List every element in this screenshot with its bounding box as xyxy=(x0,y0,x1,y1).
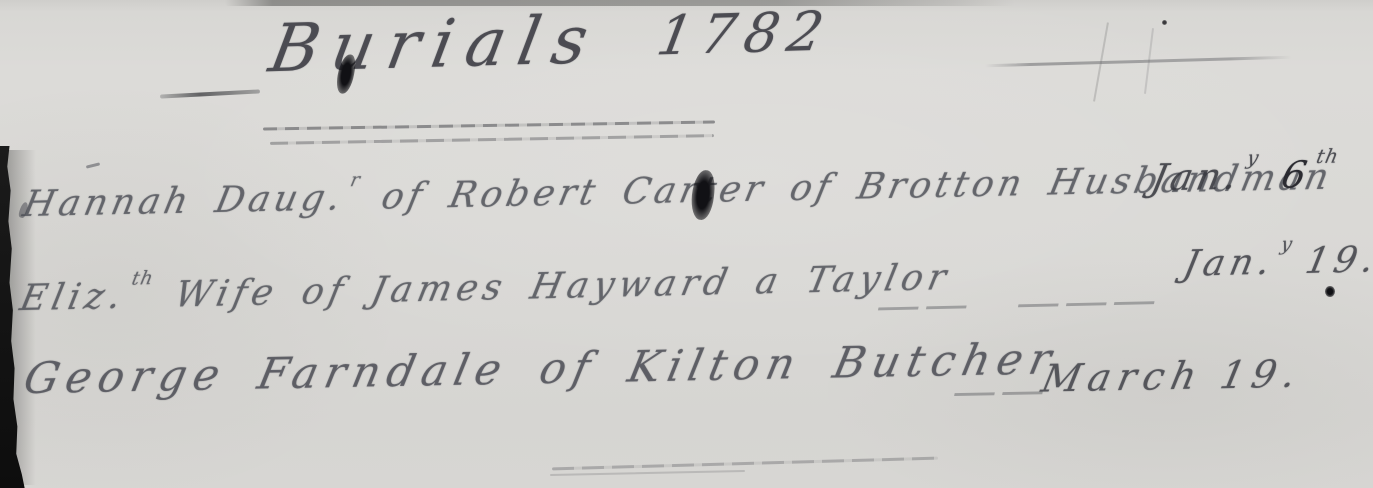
entry-2-month: Jan. xyxy=(1180,242,1279,285)
entry-1-date: Jan.y6th xyxy=(1148,153,1341,200)
page-title-year: 1782 xyxy=(652,0,837,68)
tick-pen-mark xyxy=(86,162,100,168)
header-trailing-rule-stroke xyxy=(985,56,1292,68)
burial-entry-3: George Farndale of Kilton Butcher —— Mar… xyxy=(19,334,1062,404)
bottom-scribble-stroke-1 xyxy=(552,457,938,471)
entry-3-detail-text: George Farndale of Kilton Butcher xyxy=(19,334,1062,404)
entry-2-detail-text: Wife of James Hayward a Taylor xyxy=(147,257,955,316)
entry-3-day: 19. xyxy=(1216,351,1307,397)
page-title-word: Burials xyxy=(264,1,607,88)
entry-3-month: March xyxy=(1038,353,1208,400)
burial-entry-2: Eliz.th Wife of James Hayward a Taylor —… xyxy=(16,257,954,319)
entry-1-month-superscript: y xyxy=(1245,146,1262,169)
header-underline-top xyxy=(263,120,715,130)
entry-2-name-text: Eliz. xyxy=(16,276,129,320)
entry-3-date: March19. xyxy=(1038,351,1307,400)
entry-2-filler-dash: —— ——— xyxy=(872,274,1167,332)
entry-2-month-superscript: y xyxy=(1279,234,1295,255)
register-page: Burials1782 Hannah Daug.r of Robert Cart… xyxy=(0,0,1373,488)
header-underline-bottom xyxy=(270,134,714,145)
entry-1-name-text: Hannah Daug. xyxy=(19,177,348,225)
burial-entry-1: Hannah Daug.r of Robert Carter of Brotto… xyxy=(19,157,1336,226)
entry-3-filler-dash: —— xyxy=(948,364,1055,417)
entry-2-day: 19. xyxy=(1302,239,1373,282)
entry-1-day: 6 xyxy=(1278,153,1315,197)
entry-1-day-superscript: th xyxy=(1314,145,1341,169)
ink-blot-entry-2 xyxy=(1325,286,1335,297)
header-lead-dash-stroke xyxy=(160,89,260,98)
entry-1-month: Jan. xyxy=(1148,155,1245,200)
ink-speck xyxy=(1162,20,1167,25)
bottom-scribble-stroke-2 xyxy=(550,470,745,476)
entry-2-date: Jan.y19.th xyxy=(1180,239,1373,285)
